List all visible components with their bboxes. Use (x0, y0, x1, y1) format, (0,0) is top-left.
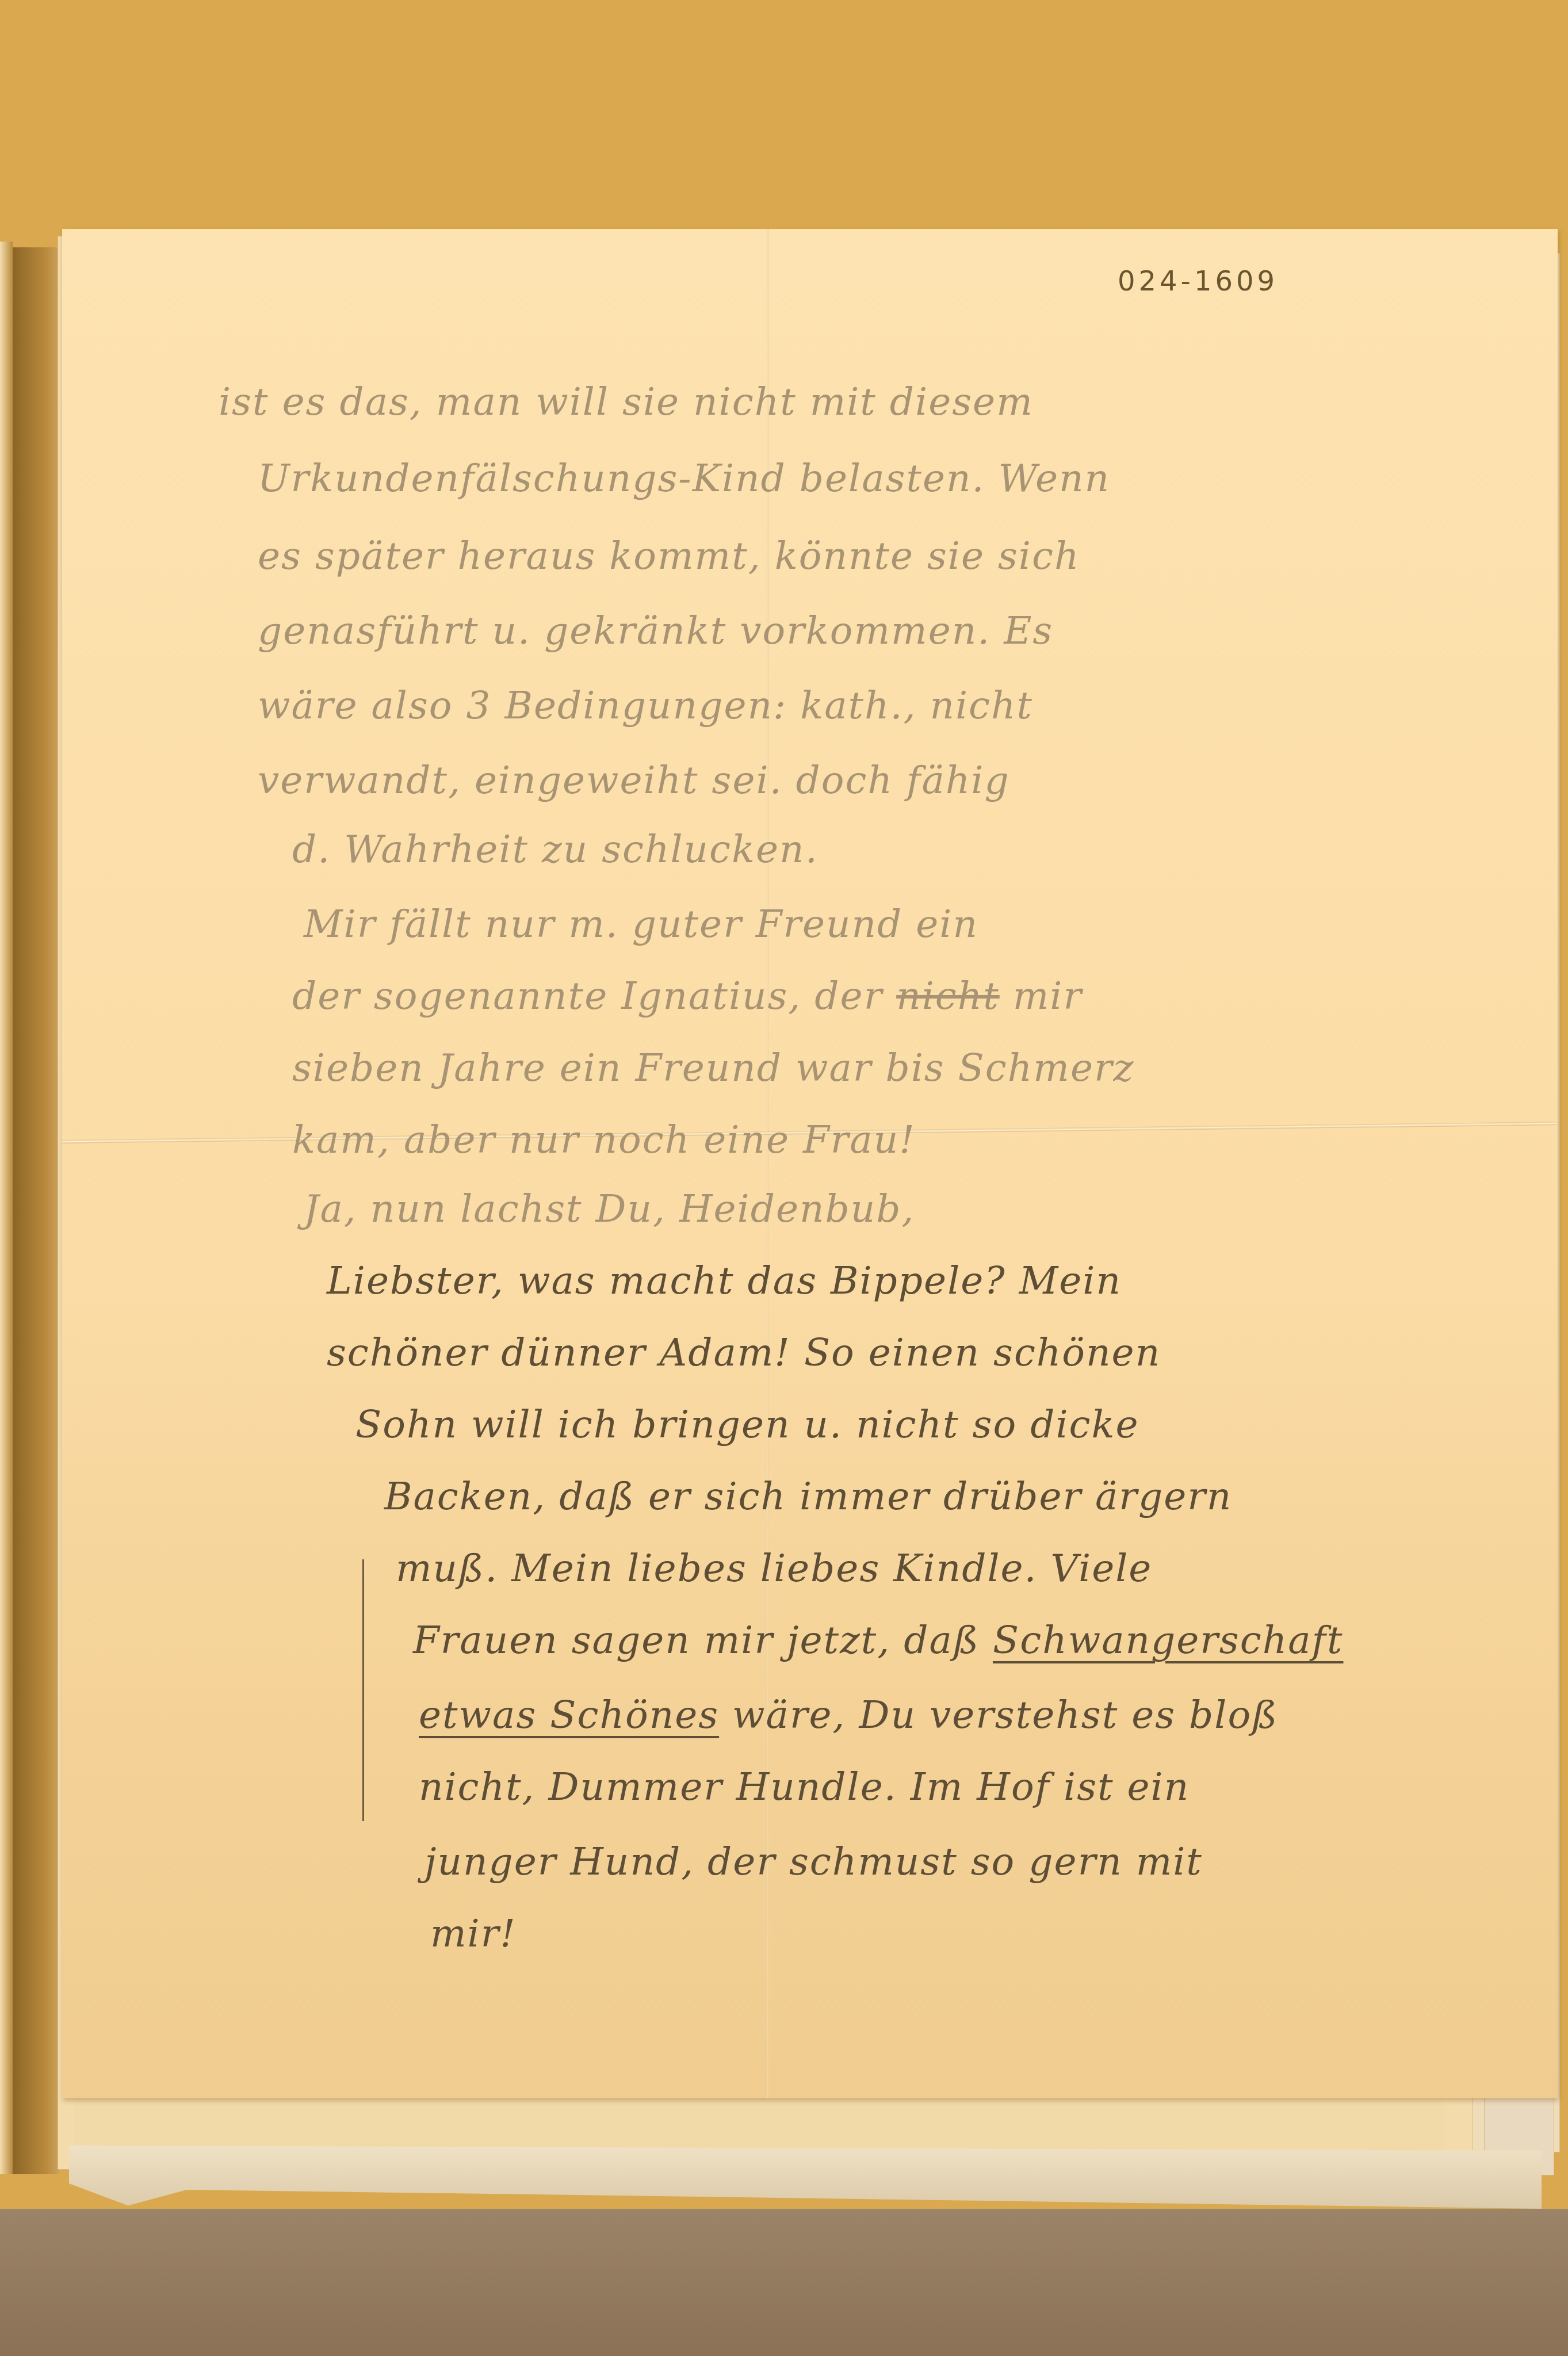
struck-word: nicht (896, 974, 1000, 1018)
margin-mark-line (362, 1559, 364, 1821)
vertical-fold-crease (767, 229, 769, 2098)
letter-line: der sogenannte Ignatius, der nicht mir (292, 974, 1083, 1018)
line-text: mir (1000, 974, 1083, 1018)
letter-line: mir! (430, 1911, 517, 1956)
letter-line: Mir fällt nur m. guter Freund ein (304, 902, 978, 946)
letter-line: wäre also 3 Bedingungen: kath., nicht (258, 683, 1033, 728)
letter-line: Sohn will ich bringen u. nicht so dicke (355, 1402, 1139, 1447)
letter-line: es später heraus kommt, könnte sie sich (258, 534, 1080, 578)
letter-line: Backen, daß er sich immer drüber ärgern (384, 1474, 1232, 1519)
letter-line: schöner dünner Adam! So einen schönen (327, 1330, 1161, 1375)
letter-line: Liebster, was macht das Bippele? Mein (327, 1259, 1122, 1303)
line-text: Frauen sagen mir jetzt, daß (413, 1618, 993, 1662)
letter-line: verwandt, eingeweiht sei. doch fähig (258, 758, 1010, 802)
letter-line: kam, aber nur noch eine Frau! (292, 1118, 916, 1162)
letter-line: muß. Mein liebes liebes Kindle. Viele (396, 1546, 1152, 1590)
underlined-word: etwas Schönes (419, 1693, 719, 1737)
letter-line: ist es das, man will sie nicht mit diese… (219, 380, 1034, 424)
letter-page: 024-1609 ist es das, man will sie nicht … (62, 229, 1558, 2098)
line-text: wäre, Du verstehst es bloß (719, 1693, 1278, 1737)
adjacent-document-edge (0, 242, 13, 2174)
line-text: der sogenannte Ignatius, der (292, 974, 896, 1018)
folder-shadow (13, 247, 59, 2174)
letter-line: Frauen sagen mir jetzt, daß Schwangersch… (413, 1618, 1343, 1662)
letter-line: nicht, Dummer Hundle. Im Hof ist ein (419, 1765, 1190, 1809)
letter-line: Urkundenfälschungs-Kind belasten. Wenn (258, 456, 1110, 500)
letter-line: d. Wahrheit zu schlucken. (292, 827, 819, 871)
letter-line: Ja, nun lachst Du, Heidenbub, (304, 1187, 915, 1231)
letter-line: genasführt u. gekränkt vorkommen. Es (258, 609, 1053, 653)
letter-line: junger Hund, der schmust so gern mit (424, 1839, 1203, 1884)
letter-line: sieben Jahre ein Freund war bis Schmerz (292, 1046, 1134, 1090)
underlined-word: Schwangerschaft (993, 1618, 1344, 1662)
table-surface (0, 2209, 1568, 2356)
archive-number: 024-1609 (1118, 265, 1278, 297)
letter-line: etwas Schönes wäre, Du verstehst es bloß (419, 1693, 1278, 1737)
